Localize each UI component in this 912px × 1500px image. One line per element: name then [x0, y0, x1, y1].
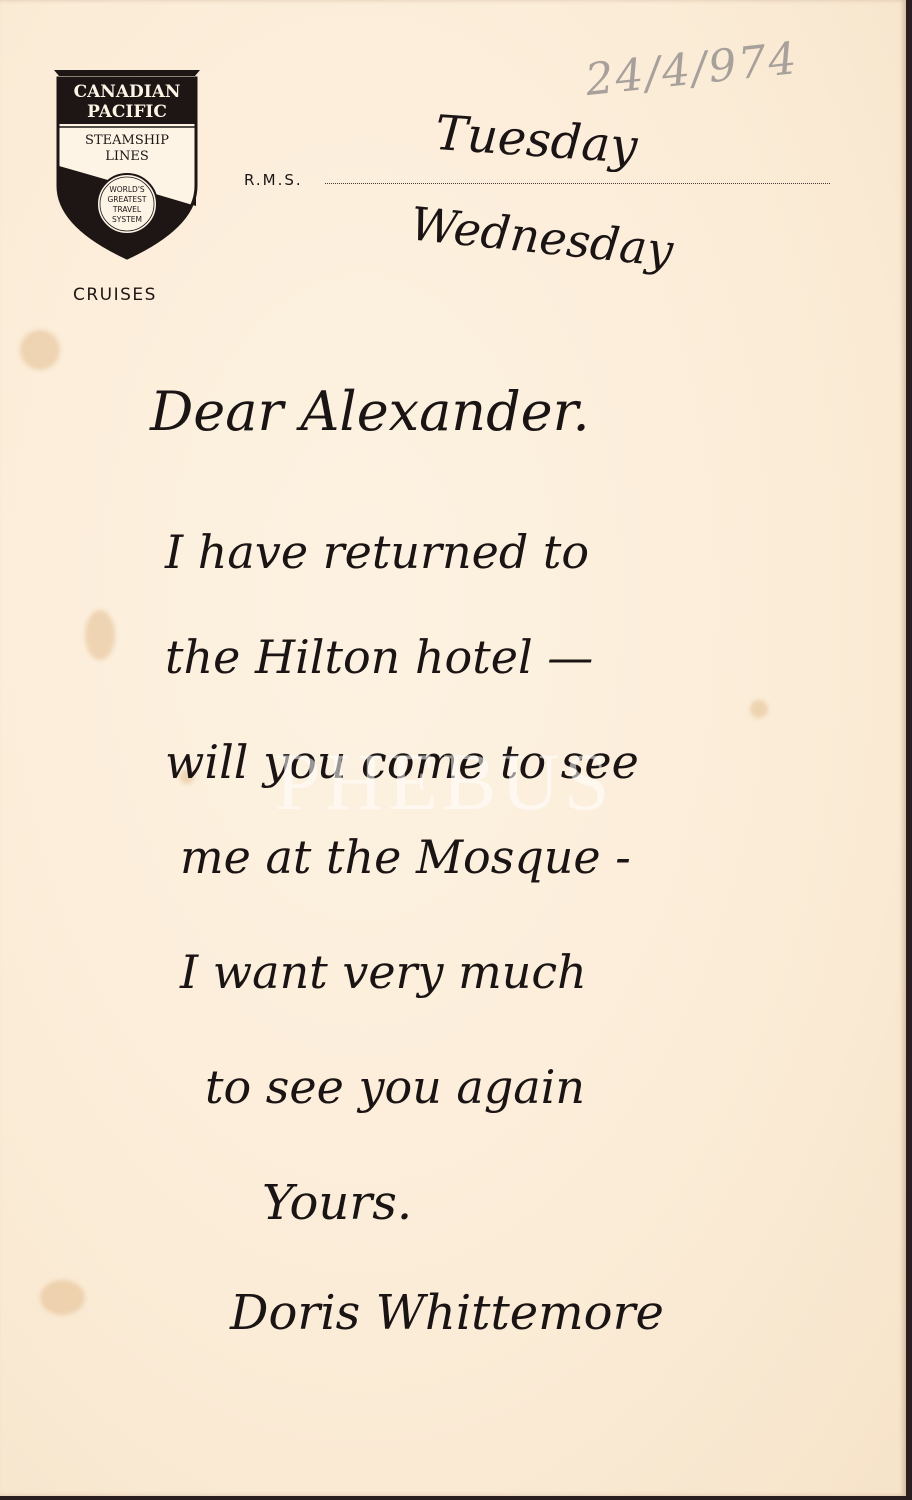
handwritten-day-1: Tuesday — [433, 105, 639, 175]
closing: Yours. — [262, 1175, 412, 1231]
seal-text: SYSTEM — [112, 215, 142, 224]
salutation: Dear Alexander. — [150, 380, 590, 443]
body-line: to see you again — [205, 1060, 585, 1114]
foxing-stain — [750, 700, 768, 718]
signature: Doris Whittemore — [230, 1285, 664, 1341]
pencil-date-annotation: 24/4/974 — [583, 33, 801, 106]
brand-line2: PACIFIC — [87, 102, 167, 122]
foxing-stain — [40, 1280, 85, 1315]
lines-label: LINES — [105, 149, 149, 164]
steamship-label: STEAMSHIP — [85, 133, 169, 148]
body-line: I want very much — [180, 945, 587, 999]
brand-line1: CANADIAN — [74, 82, 181, 102]
letter-sheet: CANADIAN PACIFIC STEAMSHIP LINES WORLD'S… — [0, 0, 906, 1496]
seal-text: TRAVEL — [112, 205, 142, 214]
body-line: me at the Mosque - — [180, 830, 631, 884]
rms-dotted-line — [325, 183, 830, 184]
seal-text: WORLD'S — [109, 185, 145, 194]
cruises-label: CRUISES — [73, 285, 157, 305]
rms-label: R.M.S. — [244, 171, 303, 189]
body-line: the Hilton hotel — — [165, 630, 593, 684]
seal-text: GREATEST — [108, 195, 147, 204]
body-line: I have returned to — [165, 525, 589, 579]
foxing-stain — [85, 610, 115, 660]
canadian-pacific-shield-logo: CANADIAN PACIFIC STEAMSHIP LINES WORLD'S… — [52, 66, 202, 260]
foxing-stain — [20, 330, 60, 370]
handwritten-day-2: Wednesday — [408, 196, 676, 277]
watermark: PHEBUS — [275, 735, 613, 829]
